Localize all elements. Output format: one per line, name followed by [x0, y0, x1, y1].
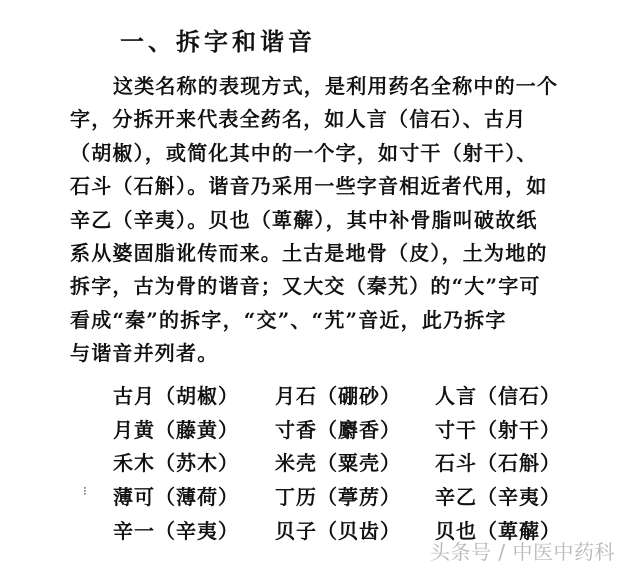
paragraph-line: 与谐音并列者。	[70, 337, 600, 370]
table-cell: 辛一（辛夷）	[113, 515, 275, 544]
table-cell: 寸香（麝香）	[275, 414, 435, 443]
table-row: 薄可（薄荷） 丁历（葶苈） 辛乙（辛夷）	[113, 479, 605, 513]
body-paragraph: 这类名称的表现方式，是利用药名全称中的一个 字，分拆开来代表全药名，如人言（信石…	[70, 70, 600, 371]
table-cell: 古月（胡椒）	[113, 380, 275, 409]
scan-margin-mark: ⁝	[83, 484, 87, 498]
paragraph-line: 这类名称的表现方式，是利用药名全称中的一个	[70, 70, 600, 103]
table-cell: 丁历（葶苈）	[275, 481, 435, 510]
table-cell: 石斗（石斛）	[435, 447, 605, 476]
paragraph-line: 看成“秦”的拆字，“交”、“艽”音近，此乃拆字	[70, 304, 600, 337]
table-cell: 米壳（粟壳）	[275, 447, 435, 476]
table-cell: 寸干（射干）	[435, 414, 605, 443]
paragraph-line: 字，分拆开来代表全药名，如人言（信石）、古月	[70, 103, 600, 136]
paragraph-line: （胡椒），或简化其中的一个字，如寸干（射干）、	[70, 137, 600, 170]
table-row: 禾木（苏木） 米壳（粟壳） 石斗（石斛）	[113, 445, 605, 479]
paragraph-line: 拆字，古为骨的谐音；又大交（秦艽）的“大”字可	[70, 270, 600, 303]
table-cell: 禾木（苏木）	[113, 447, 275, 476]
herb-name-table: 古月（胡椒） 月石（硼砂） 人言（信石） 月黄（藤黄） 寸香（麝香） 寸干（射干…	[113, 378, 605, 546]
paragraph-line: 石斗（石斛）。谐音乃采用一些字音相近者代用，如	[70, 170, 600, 203]
table-cell: 辛乙（辛夷）	[435, 481, 605, 510]
watermark: 头条号 / 中医中药科	[430, 536, 615, 565]
table-row: 古月（胡椒） 月石（硼砂） 人言（信石）	[113, 378, 605, 412]
table-row: 月黄（藤黄） 寸香（麝香） 寸干（射干）	[113, 412, 605, 446]
table-cell: 贝子（贝齿）	[275, 515, 435, 544]
section-heading: 一、拆字和谐音	[120, 26, 316, 58]
table-cell: 人言（信石）	[435, 380, 605, 409]
table-cell: 月黄（藤黄）	[113, 414, 275, 443]
paragraph-line: 系从婆固脂讹传而来。土古是地骨（皮），土为地的	[70, 237, 600, 270]
table-cell: 薄可（薄荷）	[113, 481, 275, 510]
table-cell: 月石（硼砂）	[275, 380, 435, 409]
paragraph-line: 辛乙（辛夷）。贝也（萆薢），其中补骨脂叫破故纸	[70, 204, 600, 237]
